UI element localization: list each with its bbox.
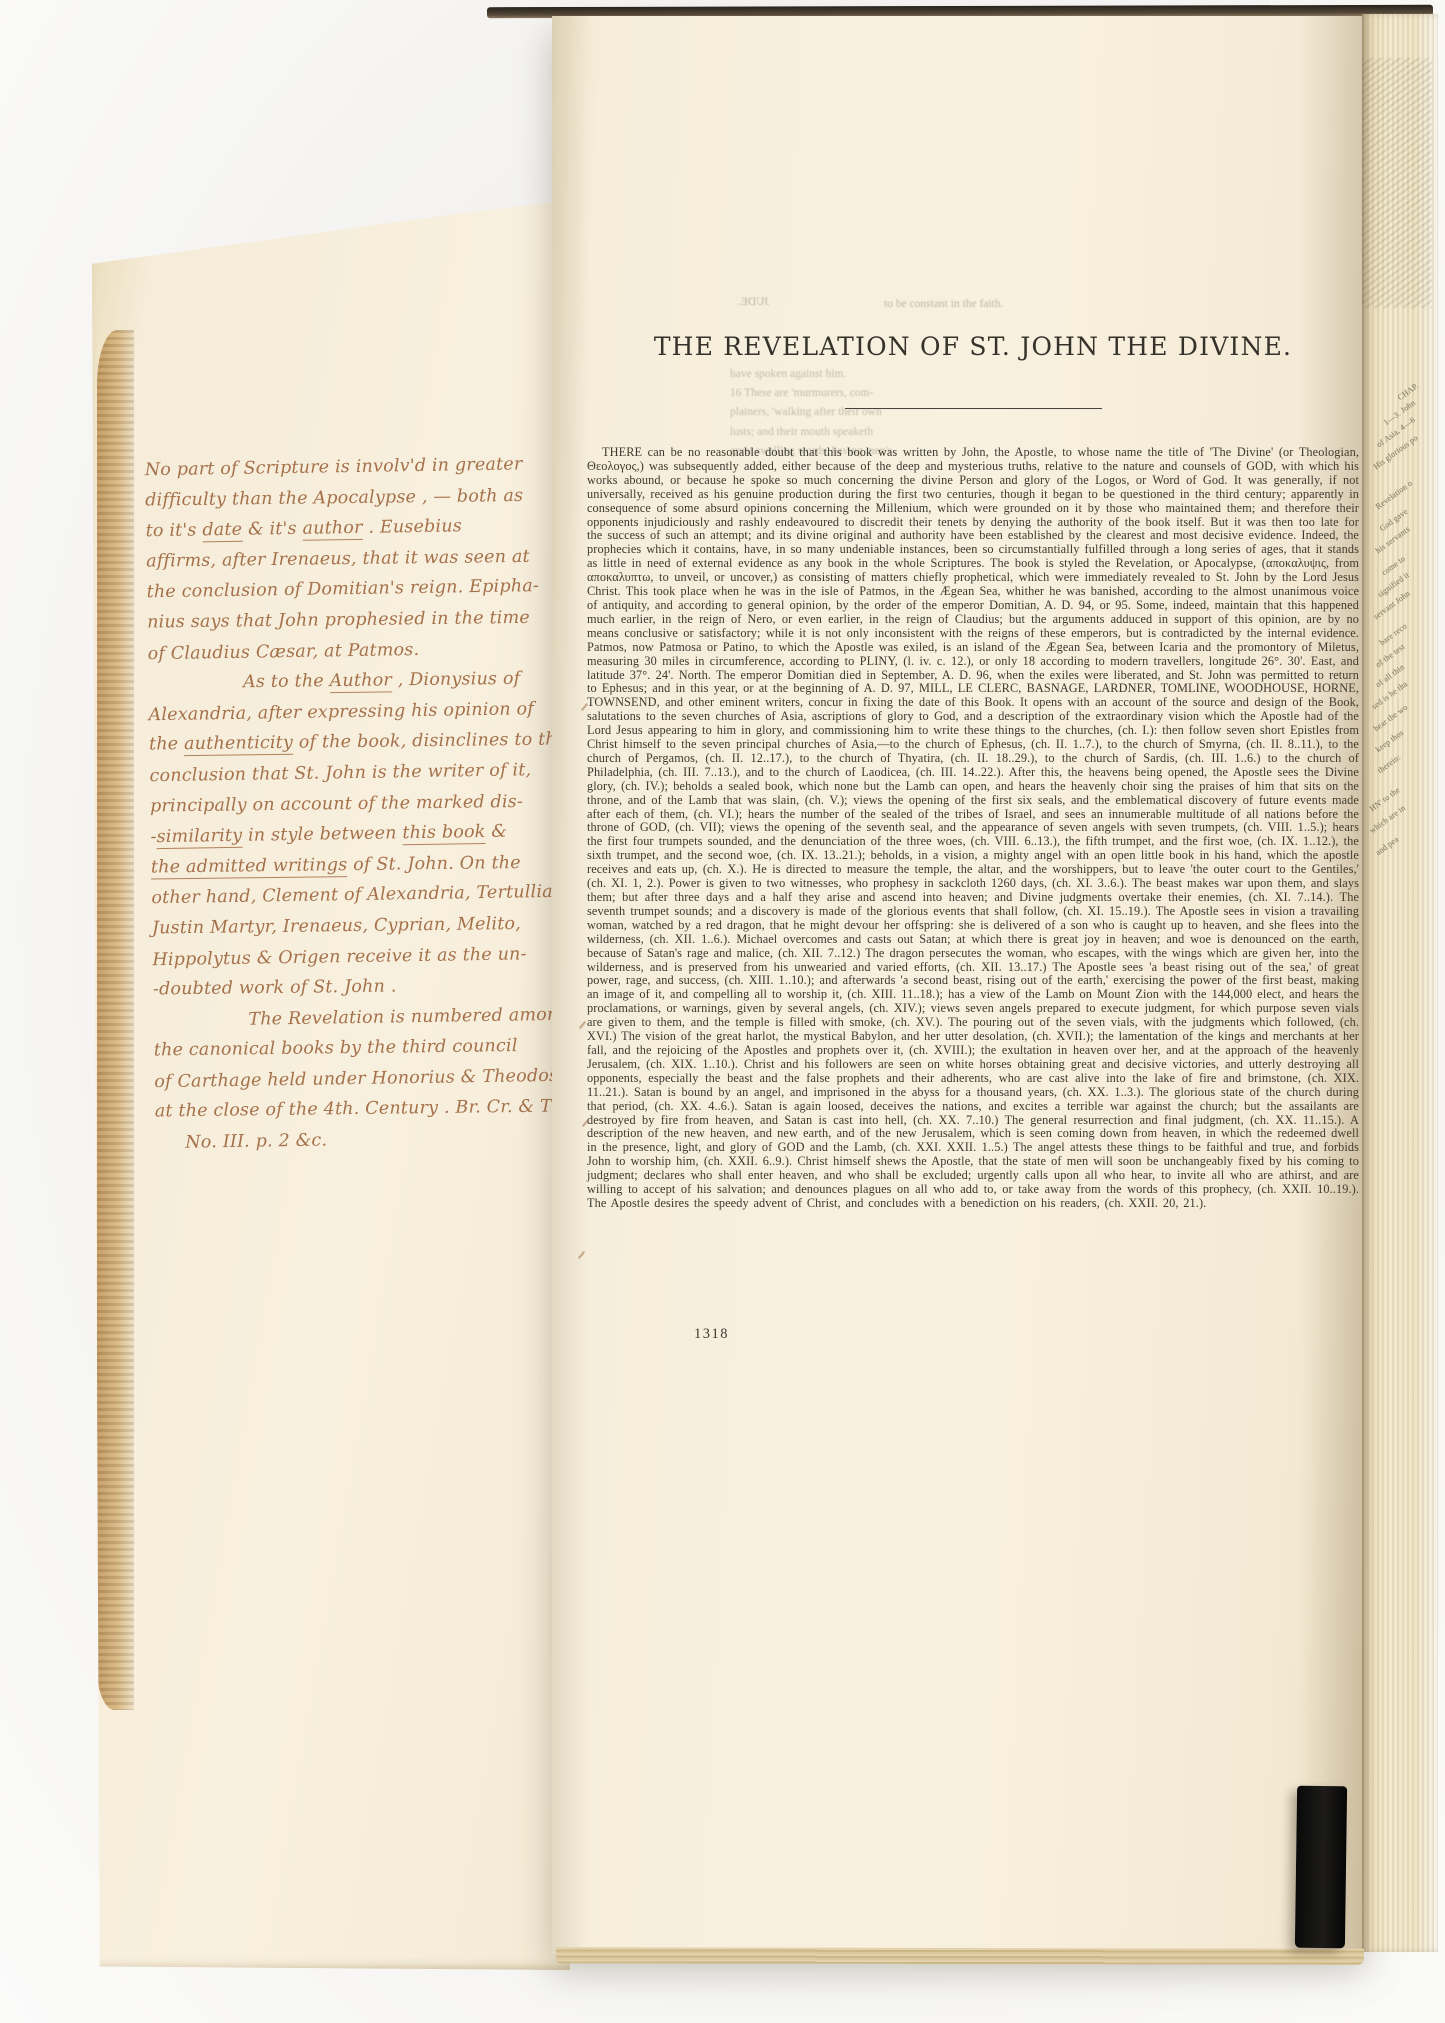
black-page-clip [1295,1786,1347,1949]
fore-edge-texture [1362,58,1432,308]
handwriting-line: As to the Author , Dionysius of [243,664,558,698]
handwriting-lines: No part of Scripture is involv'd in grea… [144,449,565,1159]
show-through-line: 16 These are 'murmurers, com- [730,384,1020,403]
handwriting-line: the authenticity of the book, disincline… [149,725,559,761]
fore-edge-text-fragment: bare reco [1378,622,1409,648]
handwriting-line: principally on account of the marked dis… [150,786,560,822]
handwritten-page: No part of Scripture is involv'd in grea… [92,200,570,1970]
margin-pen-mark [579,1021,586,1029]
show-through-line: plainers, 'walking after their own [730,403,1020,422]
fore-edge-text-fragment: therein: [1376,753,1402,776]
show-through-line: have spoken against him. [730,365,1020,384]
handwriting-line: the canonical books by the third council [154,1031,564,1067]
handwriting-line: affirms, after Irenaeus, that it was see… [146,541,556,577]
book-photo: No part of Scripture is involv'd in grea… [0,0,1445,2023]
gilt-page-edge [97,330,134,1710]
fore-edge-text-fragment: and pea [1374,835,1400,858]
handwriting-line: -doubted work of St. John . [153,970,563,1006]
handwriting-line: at the close of the 4th. Century . Br. C… [155,1092,565,1128]
printed-page: JUDE.to be constant in the faith. THE RE… [552,16,1364,1954]
bottom-page-stack-edge [556,1947,1364,1964]
handwriting-line: nius says that John prophesied in the ti… [147,602,557,638]
handwriting-line: difficulty than the Apocalypse , — both … [145,480,555,516]
show-through-fragment: JUDE. [738,296,769,308]
margin-pen-mark [578,1251,585,1259]
page-title: THE REVELATION OF ST. JOHN THE DIVINE. [587,332,1359,361]
handwriting-line: the admitted writings of St. John. On th… [151,847,561,883]
show-through-fragment: to be constant in the faith. [884,298,1003,310]
show-through-line: lusts; and their mouth speaketh [730,423,1020,442]
intro-paragraph: THERE can be no reasonable doubt that th… [587,446,1359,1211]
handwriting-line: conclusion that St. John is the writer o… [149,755,559,792]
handwriting-line: Justin Martyr, Irenaeus, Cyprian, Melito… [152,908,562,944]
page-number: 1318 [694,1326,729,1343]
handwriting-line: The Revelation is numbered among [248,999,563,1035]
handwriting-line: No. III. p. 2 &c. [185,1122,565,1159]
fore-edge-text-fragment: Revelation o [1374,479,1414,512]
fore-edge-text-fragment: CHAP. [1396,381,1420,402]
fore-edge-pages: CHAP.1—3. Johnof Asia, 4—6His glorious p… [1362,14,1438,1952]
